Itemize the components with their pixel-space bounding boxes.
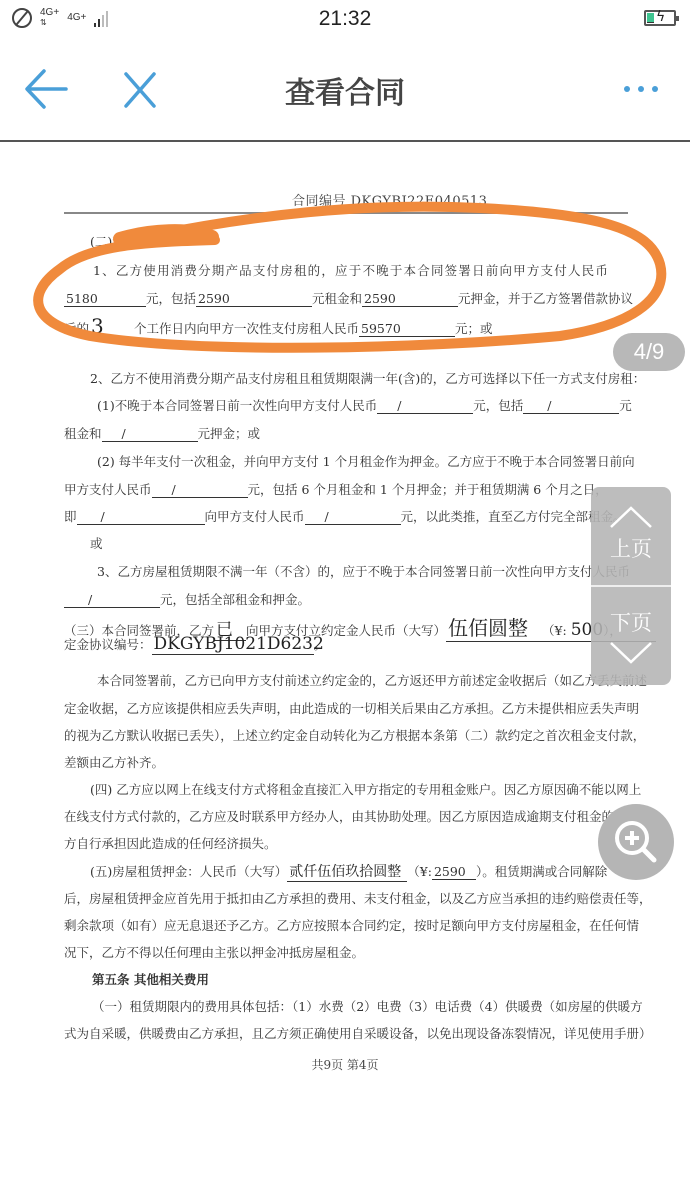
section-3-line-2: 定金协议编号：DKGYBJ1021D6232。 <box>64 634 326 655</box>
amount-rent: 2590 <box>196 291 312 307</box>
clause-1-line-3: 后的3个工作日内向甲方一次性支付房租人民币59570元；或 <box>64 314 493 339</box>
clause-2-opt2-line-3: 即/向甲方支付人民币/元，以此类推，直至乙方付完全部租金。 <box>64 507 626 525</box>
clause-3-line-1: 3、乙方房屋租赁期限不满一年（不含）的，应于不晚于本合同签署日前一次性向甲方支付… <box>97 562 630 580</box>
text: 。 <box>314 637 327 652</box>
status-bar: 4G+ ⇅ 4G+ 21:32 ϟ <box>0 0 690 38</box>
page-navigator: 上页 下页 <box>591 487 671 685</box>
clause-1-line-1: 1、乙方使用消费分期产品支付房租的，应于不晚于本合同签署日前向甲方支付人民币 <box>93 261 609 279</box>
text: 元，包括 <box>473 398 523 413</box>
text: 元押金；或 <box>198 426 261 441</box>
zoom-in-icon <box>598 804 674 880</box>
blank-value: / <box>102 426 198 442</box>
page-indicator[interactable]: 4/9 <box>613 333 685 371</box>
text: 元，包括 6 个月租金和 1 个月押金；并于租赁期满 6 个月之日， <box>248 482 608 497</box>
section-3-para-1: 本合同签署前，乙方已向甲方支付前述立约定金的，乙方返还甲方前述定金收据后（如乙方… <box>97 671 647 689</box>
text: 元，包括全部租金和押金。 <box>160 592 310 607</box>
clause-2-or: 或 <box>90 534 103 552</box>
article-5-title: 第五条 其他相关费用 <box>92 970 209 988</box>
blank-value: / <box>64 592 160 608</box>
text: 元；或 <box>455 321 493 336</box>
text: 元租金和 <box>312 291 362 306</box>
next-page-button[interactable]: 下页 <box>591 587 671 685</box>
battery-icon: ϟ <box>644 10 676 26</box>
amount-total: 5180 <box>64 291 146 307</box>
text: （¥: <box>407 864 432 879</box>
more-dot <box>624 86 630 92</box>
section-4-line-3: 方自行承担因此造成的任何经济损失。 <box>64 834 277 852</box>
clause-2-opt1-cont: 租金和/元押金；或 <box>64 424 260 442</box>
text: 元押金，并于乙方签署借款协议 <box>458 291 633 306</box>
text: 个工作日内向甲方一次性支付房租人民币 <box>134 321 359 336</box>
agreement-number: DKGYBJ1021D6232 <box>152 634 314 655</box>
chevron-up-icon <box>609 505 653 529</box>
more-button[interactable] <box>624 74 664 104</box>
clause-2-opt1: (1)不晚于本合同签署日前一次性向甲方支付人民币/元，包括/元 <box>97 396 632 414</box>
article-5-line-2: 式为自采暖，供暖费由乙方承担，且乙方须正确使用自采暖设备，以免出现设备冻裂情况，… <box>64 1024 652 1042</box>
page-footer: 共9页 第4页 <box>0 1056 690 1073</box>
text: 元，包括 <box>146 291 196 306</box>
chevron-down-icon <box>609 641 653 665</box>
doc-header: 合同编号 DKGYBJ22E040513 <box>64 194 628 214</box>
text: ）。租赁期满或合同解除 <box>476 864 607 879</box>
blank-value: / <box>305 509 401 525</box>
clock: 21:32 <box>0 7 690 31</box>
clause-2-opt2-line-2: 甲方支付人民币/元，包括 6 个月租金和 1 个月押金；并于租赁期满 6 个月之… <box>64 480 608 498</box>
contract-number: 合同编号 DKGYBJ22E040513 <box>292 190 487 209</box>
section-3-para-4: 差额由乙方补齐。 <box>64 753 164 771</box>
page-title: 查看合同 <box>0 68 690 112</box>
section-5-line-2: 后，房屋租赁押金应首先用于抵扣由乙方承担的费用、未支付租金，以及乙方应当承担的违… <box>64 889 652 907</box>
prev-page-button[interactable]: 上页 <box>591 487 671 585</box>
clause-2-opt2: (2) 每半年支付一次租金，并向甲方支付 1 个月租金作为押金。乙方应于不晚于本… <box>97 452 635 470</box>
days: 3 <box>89 314 134 339</box>
deposit-amount: 2590 <box>432 864 476 880</box>
amount-upper: 伍佰圆整 <box>448 616 528 640</box>
section-5-line-3: 剩余款项（如有）应无息退还予乙方。乙方应按照本合同约定，按时足额向甲方支付房屋租… <box>64 916 639 934</box>
blank-value: / <box>152 482 248 498</box>
text: (五)房屋租赁押金：人民币（大写） <box>90 864 287 879</box>
more-dot <box>652 86 658 92</box>
text: (1)不晚于本合同签署日前一次性向甲方支付人民币 <box>97 398 377 413</box>
text: 后的 <box>64 321 89 336</box>
text: （¥: <box>542 623 567 638</box>
more-dot <box>638 86 644 92</box>
amount-deposit: 2590 <box>362 291 458 307</box>
text: 租金和 <box>64 426 102 441</box>
text: 甲方支付人民币 <box>64 482 152 497</box>
text: 即 <box>64 509 77 524</box>
amount-rent-total: 59570 <box>359 321 455 337</box>
section-3-para-2: 定金收据，乙方应该提供相应丢失声明，由此造成的一切相关后果由乙方承担。乙方未提供… <box>64 699 639 717</box>
blank-value: / <box>377 398 473 414</box>
text: 元 <box>619 398 632 413</box>
clause-3-line-2: /元，包括全部租金和押金。 <box>64 590 310 608</box>
charging-bolt-icon: ϟ <box>656 9 665 25</box>
section-5-line-4: 况下，乙方不得以任何理由主张以押金冲抵房屋租金。 <box>64 943 364 961</box>
nav-bar: 查看合同 <box>0 38 690 142</box>
prev-page-label: 上页 <box>591 533 671 563</box>
blank-value: / <box>523 398 619 414</box>
section-4-line-2: 在线支付方式付款的，乙方应及时联系甲方经办人，由其协助处理。因乙方原因造成逾期支… <box>64 807 639 825</box>
section-3-para-3: 的视为乙方默认收据已丢失），上述立约定金自动转化为乙方根据本条第（二）款约定之首… <box>64 726 645 744</box>
blank-value: / <box>77 509 205 525</box>
article-5-line-1: （一）租赁期限内的费用具体包括：（1）水费（2）电费（3）电话费（4）供暖费（如… <box>92 997 643 1015</box>
section-4-line-1: (四) 乙方应以网上在线支付方式将租金直接汇入甲方指定的专用租金账户。因乙方原因… <box>90 780 641 798</box>
zoom-in-button[interactable] <box>598 804 674 880</box>
contract-page[interactable]: 合同编号 DKGYBJ22E040513 (二)租 1、乙方使用消费分期产品支付… <box>0 144 690 1191</box>
text: 定金协议编号： <box>64 637 152 652</box>
clause-2-intro: 2、乙方不使用消费分期产品支付房租且租赁期限满一年(含)的，乙方可选择以下任一方… <box>90 369 645 387</box>
text: 向甲方支付人民币 <box>205 509 305 524</box>
next-page-label: 下页 <box>591 607 671 637</box>
section-2-heading: (二)租 <box>90 232 125 250</box>
section-5-line-1: (五)房屋租赁押金：人民币（大写）贰仟伍佰玖拾圆整（¥:2590）。租赁期满或合… <box>90 861 607 882</box>
deposit-upper: 贰仟伍佰玖拾圆整 <box>287 861 407 882</box>
clause-1-line-2: 5180元，包括2590元租金和2590元押金，并于乙方签署借款协议 <box>64 289 633 307</box>
